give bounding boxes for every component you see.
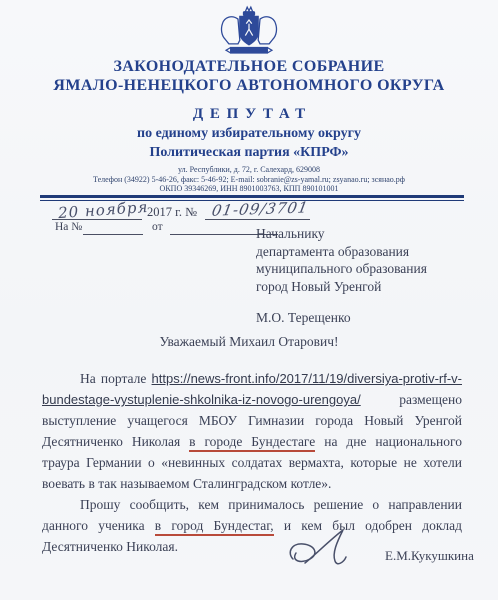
date-underline: [52, 219, 142, 220]
number-underline: [205, 219, 310, 220]
text-segment: На портале: [80, 371, 152, 386]
red-underlined-phrase: в городе Бундестаге: [189, 434, 315, 452]
handwritten-outgoing-number: 01-09/3701: [210, 198, 310, 219]
reply-number-underline: [83, 234, 143, 235]
red-underlined-phrase: в город Бундестаг,: [155, 518, 274, 536]
addressee-line: город Новый Уренгой: [256, 278, 427, 296]
letterhead-codes: ОКПО 39346269, ИНН 8901003763, КПП 89010…: [0, 184, 498, 194]
deputy-block: ДЕПУТАТ по единому избирательному округу…: [0, 106, 498, 161]
reply-from-label: от: [152, 221, 163, 233]
letterhead-phone-email: Телефон (34922) 5-46-26, факс: 5-46-92; …: [0, 175, 498, 185]
letterhead-contacts: ул. Республики, д. 72, г. Салехард, 6290…: [0, 165, 498, 194]
signatory-name: Е.М.Кукушкина: [385, 548, 474, 564]
org-name: ЗАКОНОДАТЕЛЬНОЕ СОБРАНИЕ ЯМАЛО-НЕНЕЦКОГО…: [0, 57, 498, 95]
deputy-subtitle-district: по единому избирательному округу: [0, 126, 498, 142]
coat-of-arms-icon: [216, 4, 282, 58]
scanned-letter-document: ЗАКОНОДАТЕЛЬНОЕ СОБРАНИЕ ЯМАЛО-НЕНЕЦКОГО…: [0, 0, 498, 600]
addressee-block: Начальнику департамента образования муни…: [256, 225, 427, 327]
org-name-line1: ЗАКОНОДАТЕЛЬНОЕ СОБРАНИЕ: [0, 57, 498, 76]
paragraph-about-speech: На портале https://news-front.info/2017/…: [42, 368, 462, 494]
addressee-line: Начальнику: [256, 225, 427, 243]
deputy-title: ДЕПУТАТ: [7, 106, 498, 123]
salutation: Уважаемый Михаил Отарович!: [0, 334, 498, 350]
addressee-line: муниципального образования: [256, 260, 427, 278]
printed-year-number-label: 2017 г. №: [147, 205, 197, 220]
addressee-line: департамента образования: [256, 243, 427, 261]
handwritten-signature-icon: [283, 527, 363, 579]
letter-body: На портале https://news-front.info/2017/…: [42, 368, 462, 557]
deputy-subtitle-party: Политическая партия «КПРФ»: [0, 145, 498, 161]
letterhead-address: ул. Республики, д. 72, г. Салехард, 6290…: [0, 165, 498, 175]
org-name-line2: ЯМАЛО-НЕНЕЦКОГО АВТОНОМНОГО ОКРУГА: [0, 76, 498, 95]
addressee-name: М.О. Терещенко: [256, 309, 427, 327]
reply-to-number-label: На №: [55, 221, 82, 233]
